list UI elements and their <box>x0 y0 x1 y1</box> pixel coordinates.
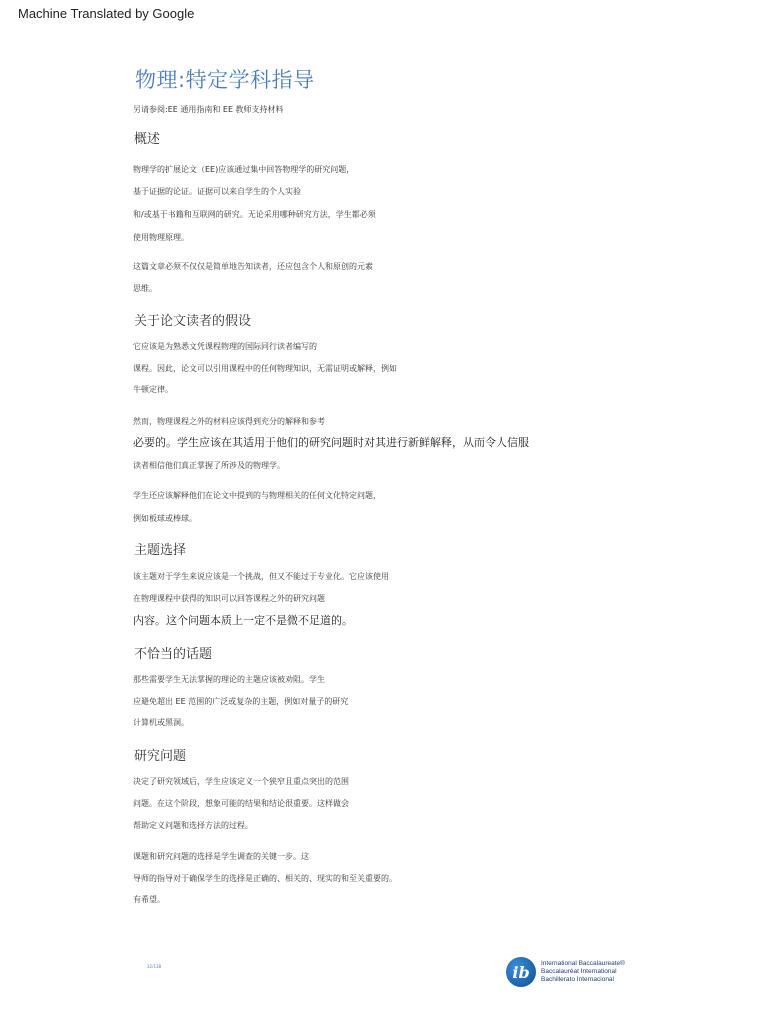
paragraph-line: 有希望。 <box>133 894 165 905</box>
paragraph-line: 使用物理原理。 <box>133 232 189 243</box>
paragraph-line: 读者相信他们真正掌握了所涉及的物理学。 <box>133 460 285 471</box>
ib-logo-icon: ib <box>506 957 536 987</box>
logo-line-spanish: Bachillerato Internacional <box>541 976 625 984</box>
see-also-note: 另请参阅:EE 通用指南和 EE 教师支持材料 <box>133 104 284 115</box>
paragraph-line: 内容。这个问题本质上一定不是微不足道的。 <box>133 612 353 628</box>
paragraph-line: 问题。在这个阶段，想象可能的结果和结论很重要。这样做会 <box>133 798 349 809</box>
section-heading-overview: 概述 <box>134 128 160 147</box>
paragraph-line: 和/或基于书籍和互联网的研究。无论采用哪种研究方法，学生都必须 <box>133 209 376 220</box>
paragraph-line: 然而，物理课程之外的材料应该得到充分的解释和参考 <box>133 416 325 427</box>
ib-logo: ib International Baccalaureate® Baccalau… <box>506 957 625 987</box>
ib-logo-text: International Baccalaureate® Baccalauréa… <box>541 960 625 984</box>
section-heading-topic-choice: 主题选择 <box>134 539 186 558</box>
paragraph-line: 牛顿定律。 <box>133 384 173 395</box>
paragraph-line: 计算机或黑洞。 <box>133 717 189 728</box>
paragraph-line: 必要的。学生应该在其适用于他们的研究问题时对其进行新鲜解释，从而令人信服 <box>133 434 529 450</box>
logo-line-english: International Baccalaureate® <box>541 960 625 968</box>
paragraph-line: 在物理课程中获得的知识可以回答课程之外的研究问题 <box>133 593 325 604</box>
paragraph-line: 物理学的扩展论文（EE)应该通过集中回答物理学的研究问题， <box>133 164 354 175</box>
paragraph-line: 那些需要学生无法掌握的理论的主题应该被劝阻。学生 <box>133 674 325 685</box>
paragraph-line: 决定了研究领域后，学生应该定义一个狭窄且重点突出的范围 <box>133 776 349 787</box>
paragraph-line: 学生还应该解释他们在论文中提到的与物理相关的任何文化特定问题， <box>133 490 381 501</box>
paragraph-line: 它应该是为熟悉文凭课程物理的国际同行读者编写的 <box>133 341 317 352</box>
machine-translation-banner: Machine Translated by Google <box>18 6 194 21</box>
section-heading-research-question: 研究问题 <box>134 745 186 764</box>
paragraph-line: 这篇文章必须不仅仅是简单地告知读者，还应包含个人和原创的元素 <box>133 261 373 272</box>
section-heading-inappropriate-topics: 不恰当的话题 <box>134 643 212 662</box>
paragraph-line: 课题和研究问题的选择是学生调查的关键一步。这 <box>133 851 309 862</box>
paragraph-line: 思维。 <box>133 283 157 294</box>
section-heading-reader-assumptions: 关于论文读者的假设 <box>134 310 251 329</box>
paragraph-line: 课程。因此，论文可以引用课程中的任何物理知识，无需证明或解释，例如 <box>133 363 397 374</box>
paragraph-line: 帮助定义问题和选择方法的过程。 <box>133 820 253 831</box>
logo-line-french: Baccalauréat International <box>541 968 625 976</box>
paragraph-line: 例如板球或棒球。 <box>133 513 197 524</box>
paragraph-line: 应避免超出 EE 范围的广泛或复杂的主题，例如对量子的研究 <box>133 696 348 707</box>
paragraph-line: 导师的指导对于确保学生的选择是正确的、相关的、现实的和至关重要的。 <box>133 873 397 884</box>
paragraph-line: 该主题对于学生来说应该是一个挑战，但又不能过于专业化。它应该使用 <box>133 571 389 582</box>
page-number: 32/138 <box>147 964 161 969</box>
paragraph-line: 基于证据的论证。证据可以来自学生的个人实验 <box>133 186 301 197</box>
page-title: 物理:特定学科指导 <box>135 64 315 94</box>
